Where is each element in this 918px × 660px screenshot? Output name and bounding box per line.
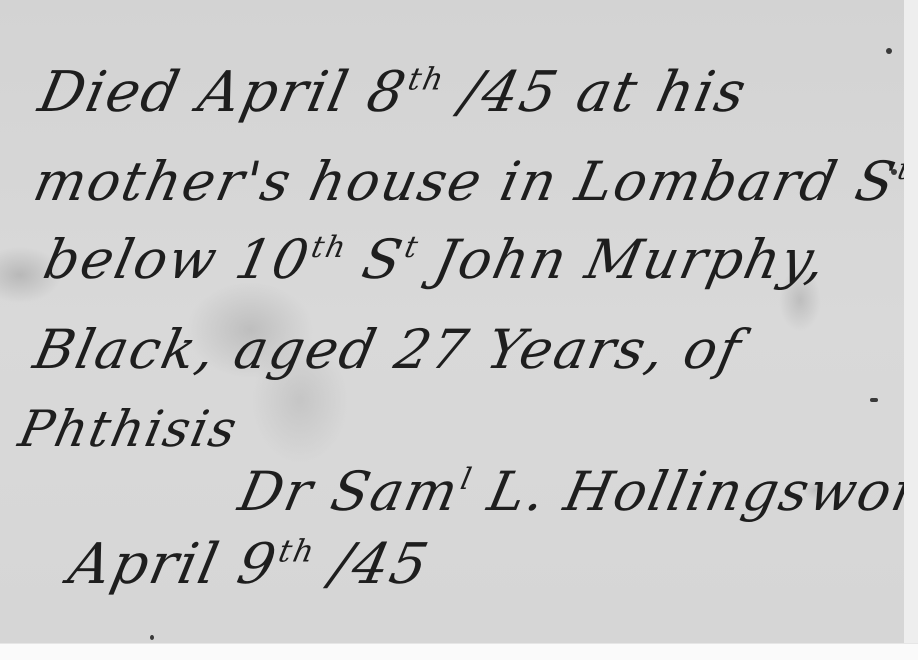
ink-speck [150, 635, 154, 640]
line-text-tail: /45 [306, 532, 436, 597]
line-text: April 9 [63, 532, 283, 597]
line-text: Died April 8 [33, 60, 413, 125]
line-name: below 10th St John Murphy, [38, 228, 833, 291]
scan-margin-right [904, 0, 918, 660]
line-text-tail: L. Hollingsworth [463, 460, 918, 523]
line-race-age: Black, aged 27 Years, of [28, 318, 748, 381]
line-text: below 10 [38, 228, 316, 291]
line-text-tail: John Murphy, [410, 228, 833, 291]
line-cause: Phthisis [14, 400, 244, 458]
scan-margin-bottom [0, 643, 918, 660]
line-death-date: Died April 8th /45 at his [33, 60, 753, 125]
line-text: Dr Sam [233, 460, 465, 523]
ink-speck [886, 48, 892, 54]
line-text-tail: S [338, 228, 410, 291]
line-text-tail: /45 at his [435, 60, 753, 125]
line-text: Black, aged 27 Years, of [28, 318, 748, 381]
line-physician-signature: Dr Saml L. Hollingsworth [233, 460, 918, 523]
ink-dash [870, 398, 878, 402]
document-page: Died April 8th /45 at his mother's house… [0, 0, 904, 643]
line-text: mother's house in Lombard S [28, 150, 902, 213]
ink-speck [891, 169, 897, 175]
line-place: mother's house in Lombard St [28, 150, 916, 213]
line-record-date: April 9th /45 [63, 532, 435, 597]
line-text: Phthisis [14, 400, 244, 458]
